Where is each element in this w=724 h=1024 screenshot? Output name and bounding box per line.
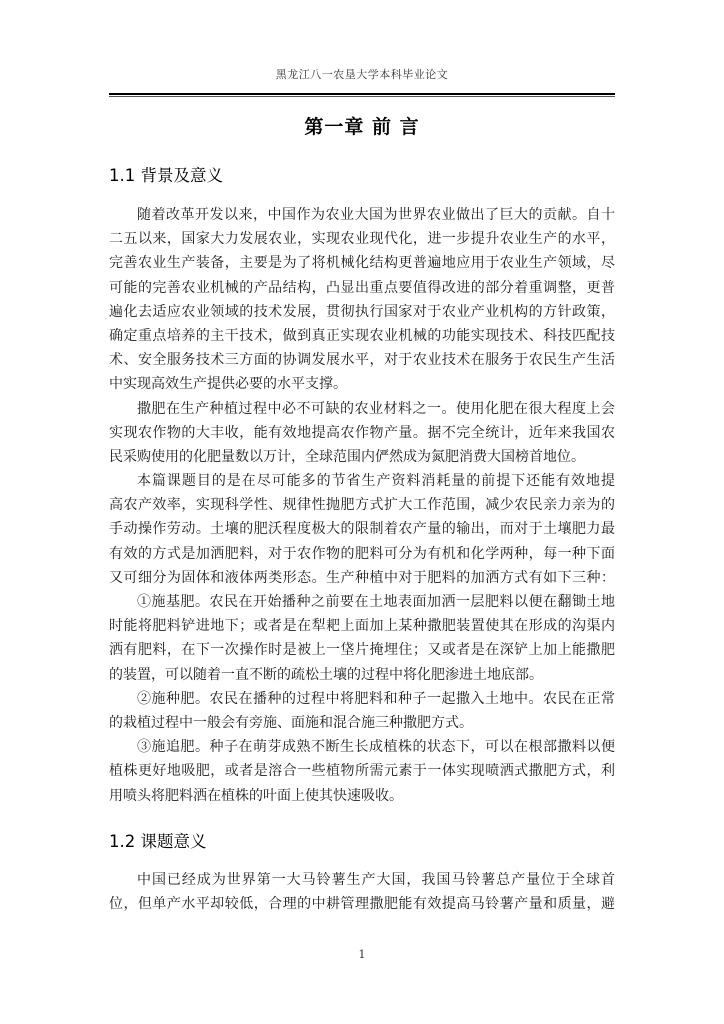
paragraph-line: 术、安全服务技术三方面的协调发展水平，对于农业技术在服务于农民生产生活 xyxy=(109,348,615,372)
paragraph-line: 中实现高效生产提供必要的水平支撑。 xyxy=(109,372,615,396)
paragraph-line: 撒肥在生产种植过程中必不可缺的农业材料之一。使用化肥在很大程度上会 xyxy=(109,397,615,421)
paragraph-line: 的栽植过程中一般会有旁施、面施和混合施三种撒肥方式。 xyxy=(109,711,615,735)
paragraph-line: 用喷头将肥料洒在植株的叶面上使其快速吸收。 xyxy=(109,784,615,808)
section-1-2-body: 中国已经成为世界第一大马铃薯生产大国，我国马铃薯总产量位于全球首 位，但单产水平… xyxy=(109,868,615,916)
page-number: 1 xyxy=(0,948,724,961)
header-rule-thin xyxy=(109,96,615,97)
paragraph-line: 的装置，可以随着一直不断的疏松土壤的过程中将化肥渗进土地底部。 xyxy=(109,663,615,687)
paragraph-line: ①施基肥。农民在开始播种之前要在土地表面加洒一层肥料以便在翻锄土地 xyxy=(109,590,615,614)
paragraph-line: 洒有肥料，在下一次操作时是被上一垡片掩埋住；又或者是在深铲上加上能撒肥 xyxy=(109,638,615,662)
section-heading-1-2: 1.2 课题意义 xyxy=(109,828,207,852)
paragraph-line: ③施追肥。种子在萌芽成熟不断生长成植株的状态下，可以在根部撒料以便 xyxy=(109,735,615,759)
chapter-title: 第一章 前 言 xyxy=(109,112,615,139)
paragraph-line: 确定重点培养的主干技术，做到真正实现农业机械的功能实现技术、科技匹配技 xyxy=(109,324,615,348)
paragraph-line: 时能将肥料铲进地下；或者是在犁耙上面加上某种撒肥装置使其在形成的沟渠内 xyxy=(109,614,615,638)
paragraph-line: 植株更好地吸肥，或者是溶合一些植物所需元素于一体实现喷洒式撒肥方式，利 xyxy=(109,759,615,783)
section-1-1-body: 随着改革开发以来，中国作为农业大国为世界农业做出了巨大的贡献。自十 二五以来，国… xyxy=(109,203,615,808)
paragraph-line: 随着改革开发以来，中国作为农业大国为世界农业做出了巨大的贡献。自十 xyxy=(109,203,615,227)
paragraph-line: 又可细分为固体和液体两类形态。生产种植中对于肥料的加洒方式有如下三种： xyxy=(109,566,615,590)
paragraph-line: 遍化去适应农业领域的技术发展，贯彻执行国家对于农业产业机构的方针政策， xyxy=(109,300,615,324)
paragraph-line: ②施种肥。农民在播种的过程中将肥料和种子一起撒入土地中。农民在正常 xyxy=(109,687,615,711)
paragraph-line: 高农产效率，实现科学性、规律性抛肥方式扩大工作范围，减少农民亲力亲为的 xyxy=(109,493,615,517)
paragraph-line: 民采购使用的化肥量数以万计，全球范围内俨然成为氮肥消费大国榜首地位。 xyxy=(109,445,615,469)
page-header: 黑龙江八一农垦大学本科毕业论文 xyxy=(109,66,615,82)
paragraph-line: 位，但单产水平却较低，合理的中耕管理撒肥能有效提高马铃薯产量和质量，避 xyxy=(109,892,615,916)
paragraph-line: 中国已经成为世界第一大马铃薯生产大国，我国马铃薯总产量位于全球首 xyxy=(109,868,615,892)
paragraph-line: 手动操作劳动。土壤的肥沃程度极大的限制着农产量的输出，而对于土壤肥力最 xyxy=(109,517,615,541)
paragraph-line: 完善农业生产装备，主要是为了将机械化结构更普遍地应用于农业生产领域，尽 xyxy=(109,251,615,275)
section-heading-1-1: 1.1 背景及意义 xyxy=(109,162,223,186)
header-rule xyxy=(109,93,615,98)
paragraph-line: 有效的方式是加洒肥料，对于农作物的肥料可分为有机和化学两种，每一种下面 xyxy=(109,542,615,566)
paragraph-line: 可能的完善农业机械的产品结构，凸显出重点要值得改进的部分着重调整，更普 xyxy=(109,276,615,300)
paragraph-line: 本篇课题目的是在尽可能多的节省生产资料消耗量的前提下还能有效地提 xyxy=(109,469,615,493)
paragraph-line: 实现农作物的大丰收，能有效地提高农作物产量。据不完全统计，近年来我国农 xyxy=(109,421,615,445)
paragraph-line: 二五以来，国家大力发展农业，实现农业现代化，进一步提升农业生产的水平， xyxy=(109,227,615,251)
